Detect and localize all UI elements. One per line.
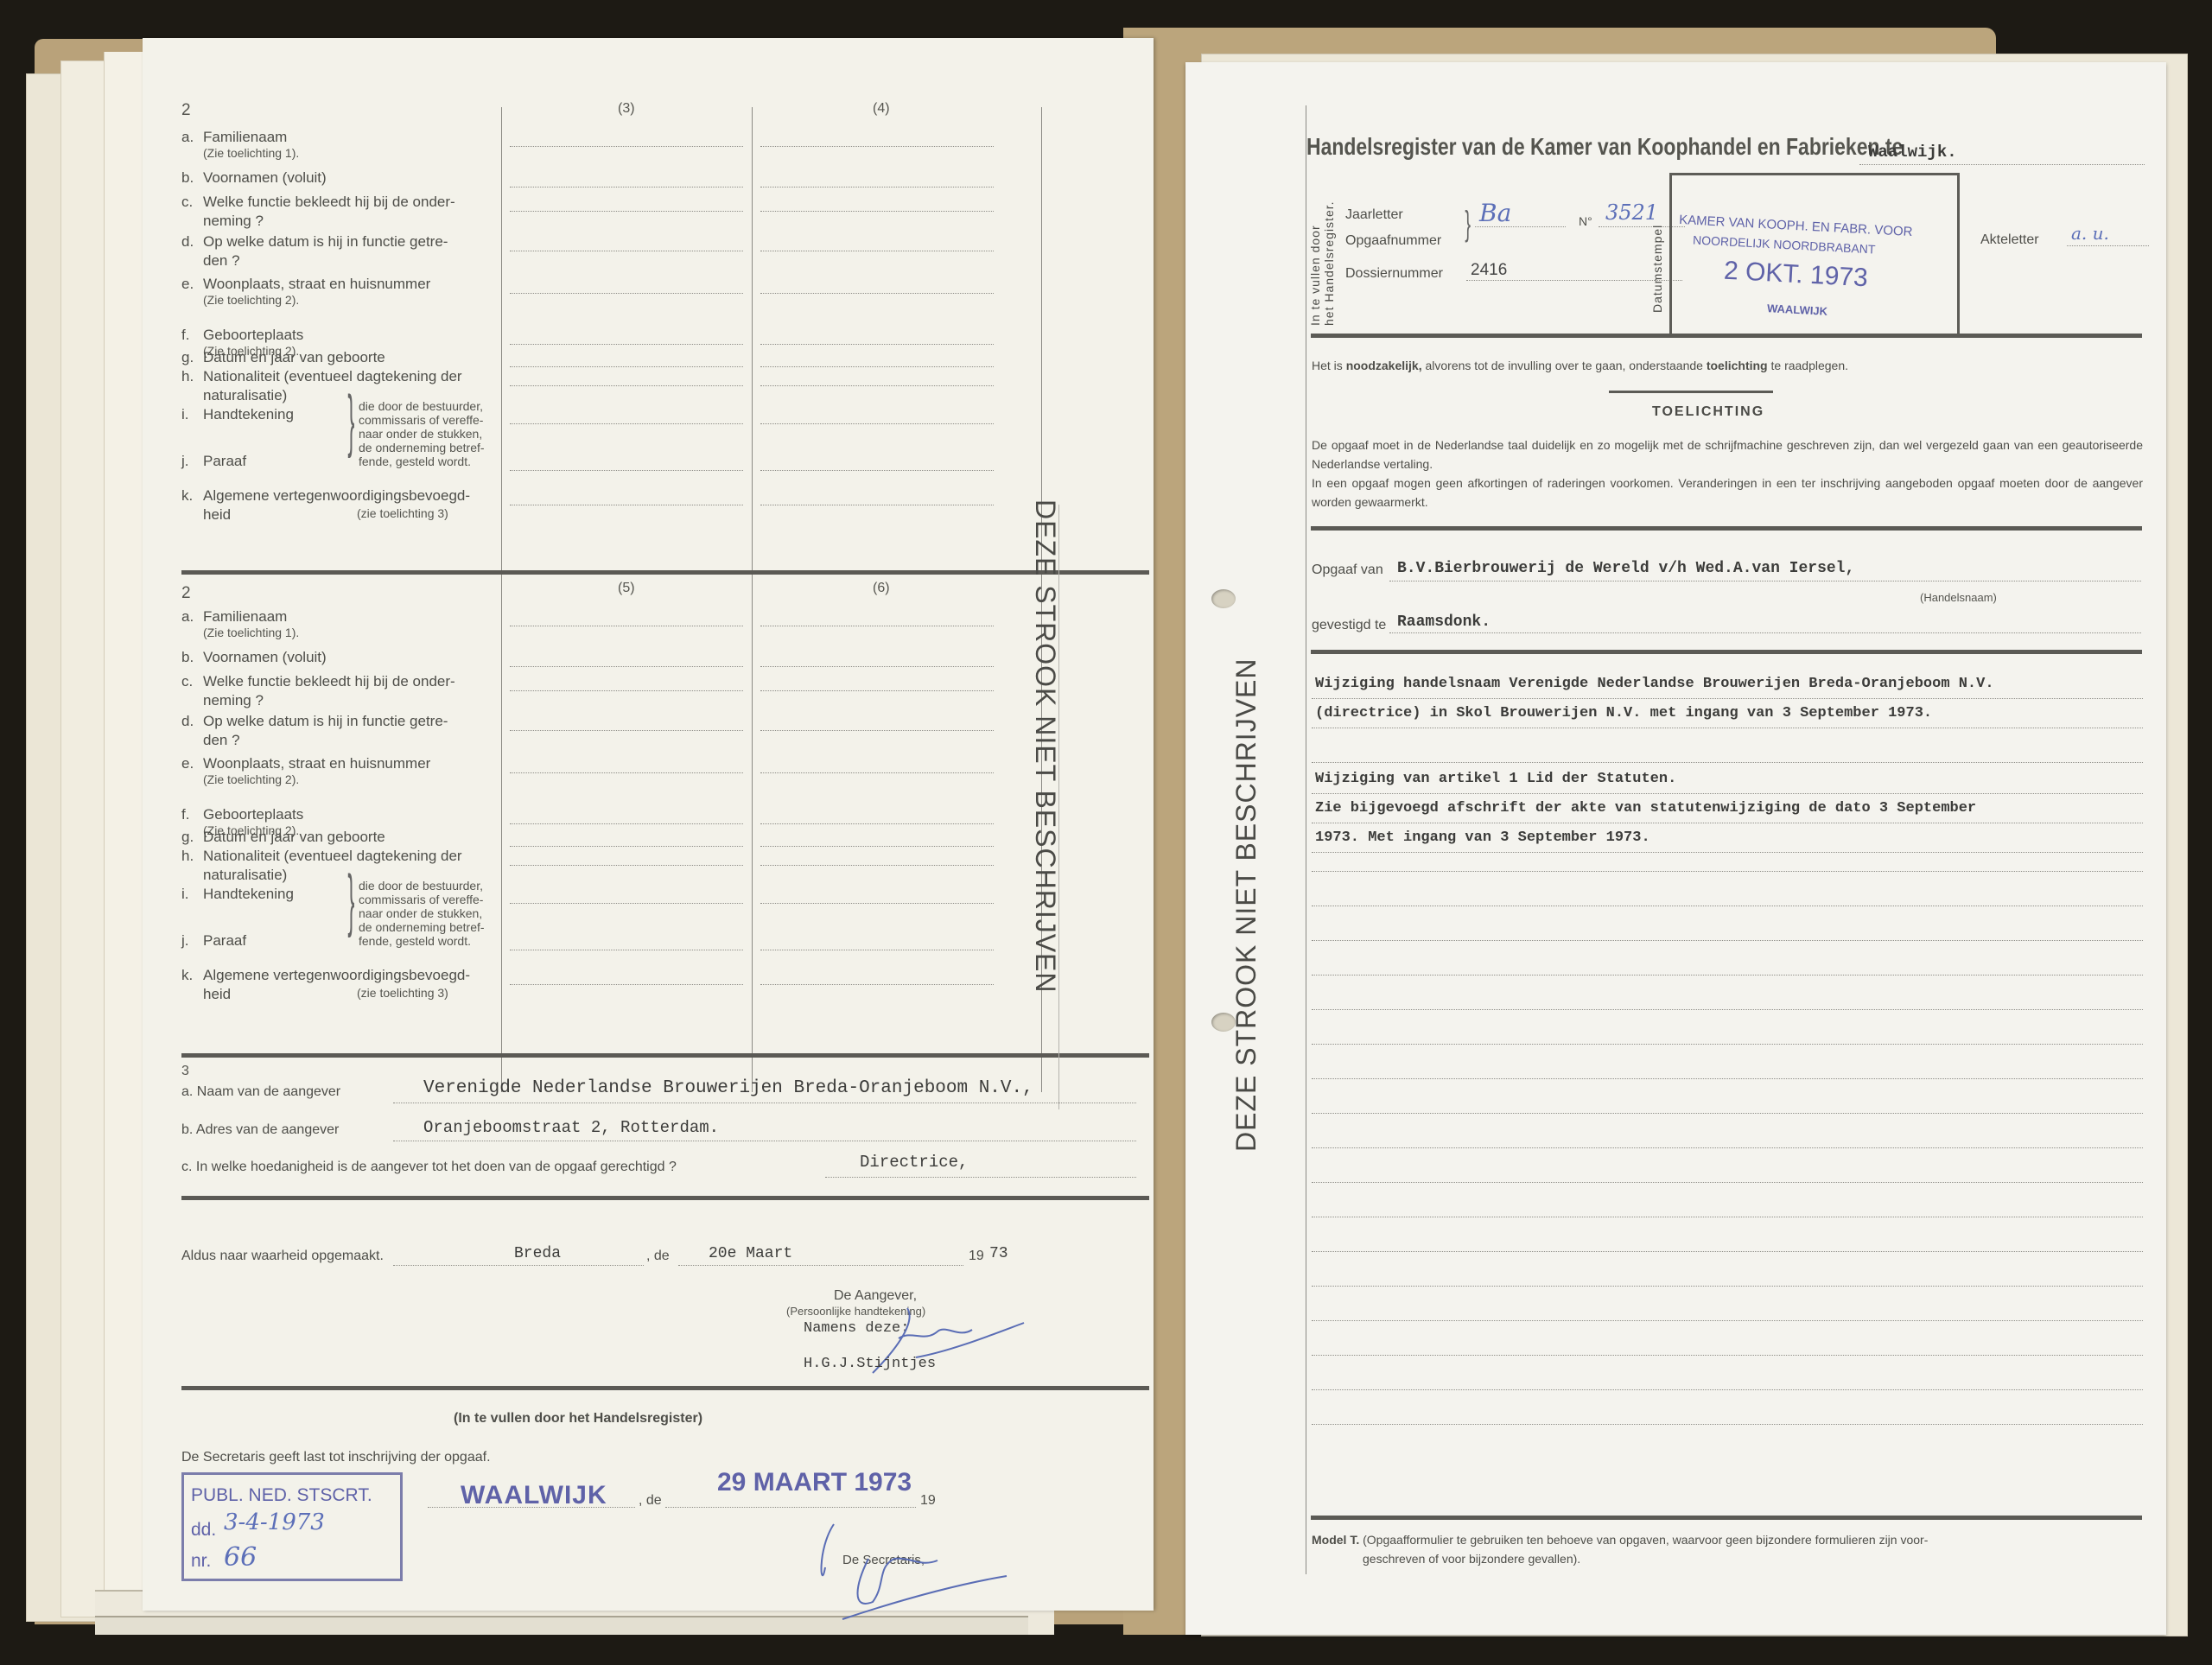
field-label: Algemene vertegenwoordigingsbevoegd- — [203, 487, 470, 505]
nr-label: nr. — [191, 1551, 211, 1572]
field-label: Datum en jaar van geboorte — [203, 829, 385, 846]
answer-line[interactable] — [760, 423, 994, 424]
field-label: Woonplaats, straat en huisnummer — [203, 755, 430, 772]
answer-line[interactable] — [760, 690, 994, 691]
writing-line — [1312, 728, 2143, 728]
field-letter: j. — [181, 932, 189, 950]
aangever-address-label: b. Adres van de aangever — [181, 1122, 339, 1139]
opgaaf-number: 3521 — [1605, 200, 1658, 225]
stamp-line: NOORDELIJK NOORDBRABANT — [1693, 232, 1876, 256]
field-label: Voornamen (voluit) — [203, 169, 327, 187]
answer-line[interactable] — [510, 626, 743, 626]
akteletter-label: Akteletter — [1980, 232, 2039, 249]
signature-note: naar onder de stukken, — [359, 427, 482, 441]
answer-line[interactable] — [510, 846, 743, 847]
waalwijk-stamp: WAALWIJK — [461, 1481, 607, 1510]
de-label: , de — [639, 1492, 662, 1509]
statement-line: (directrice) in Skol Brouwerijen N.V. me… — [1315, 705, 1932, 721]
answer-line[interactable] — [760, 366, 994, 367]
field-letter: b. — [181, 169, 194, 187]
field-label: Geboorteplaats — [203, 806, 303, 823]
answer-line[interactable] — [510, 505, 743, 505]
writing-line — [1312, 1147, 2143, 1148]
dotted-line — [678, 1265, 963, 1266]
answer-line[interactable] — [760, 823, 994, 824]
field-label-continued: den ? — [203, 252, 240, 270]
statement-line: Wijziging handelsnaam Verenigde Nederlan… — [1315, 676, 1994, 692]
field-note: (Zie toelichting 2). — [203, 293, 299, 307]
notice-part: toelichting — [1707, 359, 1768, 372]
section-number: 3 — [181, 1064, 189, 1079]
field-note: (zie toelichting 3) — [357, 986, 448, 1000]
field-label: Woonplaats, straat en huisnummer — [203, 276, 430, 293]
answer-line[interactable] — [510, 984, 743, 985]
answer-line[interactable] — [510, 772, 743, 773]
answer-line[interactable] — [510, 730, 743, 731]
notice-part: Het is — [1312, 359, 1346, 372]
model-label: Model T. — [1312, 1533, 1359, 1547]
signature-note: de onderneming betref- — [359, 920, 485, 934]
dossier-label: Dossiernummer — [1345, 265, 1443, 283]
jaarletter-label: Jaarletter — [1345, 207, 1403, 224]
signature-note: de onderneming betref- — [359, 441, 485, 454]
signature-note: commissaris of vereffe- — [359, 413, 483, 427]
field-letter: h. — [181, 368, 194, 385]
writing-line — [1312, 793, 2143, 794]
field-label-continued: heid — [203, 986, 231, 1003]
writing-line — [1312, 871, 2143, 872]
aangever-label: De Aangever, — [834, 1287, 917, 1305]
registration-date-stamp: 29 MAART 1973 — [717, 1468, 912, 1497]
answer-line[interactable] — [760, 772, 994, 773]
notice-part: te raadplegen. — [1768, 359, 1848, 372]
answer-line[interactable] — [760, 846, 994, 847]
divider — [1311, 526, 2142, 531]
field-letter: c. — [181, 194, 193, 211]
divider — [181, 570, 1149, 575]
field-letter: i. — [181, 406, 189, 423]
answer-line[interactable] — [760, 865, 994, 866]
answer-line[interactable] — [760, 293, 994, 294]
year-prefix: 19 — [969, 1248, 984, 1265]
field-letter: g. — [181, 349, 194, 366]
answer-line[interactable] — [760, 211, 994, 212]
field-label: Handtekening — [203, 406, 294, 423]
field-label: Nationaliteit (eventueel dagtekening der — [203, 368, 462, 385]
toelichting-title: TOELICHTING — [1652, 404, 1764, 420]
writing-line — [1312, 1251, 2143, 1252]
aangever-address-value: Oranjeboomstraat 2, Rotterdam. — [423, 1118, 719, 1137]
dotted-line — [393, 1265, 644, 1266]
field-note: (zie toelichting 3) — [357, 506, 448, 520]
field-letter: e. — [181, 276, 194, 293]
dossier-value: 2416 — [1471, 261, 1507, 280]
answer-line[interactable] — [510, 470, 743, 471]
answer-line[interactable] — [760, 626, 994, 626]
stamp-date: 2 OKT. 1973 — [1723, 257, 1868, 294]
field-label-continued: neming ? — [203, 692, 264, 709]
field-letter: i. — [181, 886, 189, 903]
place-value: Breda — [514, 1245, 561, 1262]
divider — [1311, 1516, 2142, 1520]
publication-date: 3-4-1973 — [224, 1509, 325, 1535]
dotted-line — [665, 1507, 916, 1508]
field-label-continued: den ? — [203, 732, 240, 749]
location-value: Raamsdonk. — [1397, 613, 1491, 631]
answer-line[interactable] — [760, 666, 994, 667]
writing-line — [1312, 1320, 2143, 1321]
dotted-line — [1389, 581, 2141, 581]
field-letter: k. — [181, 967, 193, 984]
field-label-continued: naturalisatie) — [203, 867, 287, 884]
brace: } — [1465, 205, 1471, 244]
column-header: (5) — [618, 581, 635, 596]
footer-text: Model T. (Opgaafformulier te gebruiken t… — [1312, 1531, 1928, 1548]
margin-line — [1306, 105, 1306, 1574]
section-number: 2 — [181, 101, 191, 120]
toelichting-paragraph: De opgaaf moet in de Nederlandse taal du… — [1312, 435, 2143, 473]
field-letter: h. — [181, 848, 194, 865]
form-title: Handelsregister van de Kamer van Koophan… — [1306, 133, 1903, 161]
dotted-line — [393, 1103, 1136, 1103]
field-label: Paraaf — [203, 932, 246, 950]
statement-line: Zie bijgevoegd afschrift der akte van st… — [1315, 800, 1976, 817]
year-prefix: 19 — [920, 1492, 936, 1509]
answer-line[interactable] — [510, 293, 743, 294]
toelichting-paragraph: In een opgaaf mogen geen afkortingen of … — [1312, 473, 2143, 512]
divider — [1311, 650, 2142, 654]
stamp-place: WAALWIJK — [1767, 302, 1828, 318]
answer-line[interactable] — [760, 146, 994, 147]
answer-line[interactable] — [510, 666, 743, 667]
field-label-continued: naturalisatie) — [203, 387, 287, 404]
opgaafnummer-label: Opgaafnummer — [1345, 232, 1441, 250]
answer-line[interactable] — [510, 385, 743, 386]
notice-part: noodzakelijk, — [1346, 359, 1422, 372]
answer-line[interactable] — [510, 423, 743, 424]
signature-note: fende, gesteld wordt. — [359, 454, 471, 468]
writing-line — [1312, 975, 2143, 975]
field-letter: j. — [181, 453, 189, 470]
left-form-page: 2 (3) (4) 2 (5) (6) 3 a. Naam van de aan… — [143, 38, 1154, 1611]
field-note: (Zie toelichting 2). — [203, 772, 299, 786]
field-label: Welke functie bekleedt hij bij de onder- — [203, 673, 455, 690]
registry-side-label: In te vullen door het Handelsregister. — [1308, 200, 1336, 326]
capacity-value: Directrice, — [860, 1153, 968, 1172]
divider — [181, 1386, 1149, 1390]
dotted-line — [825, 1177, 1136, 1178]
column-divider — [501, 107, 502, 1092]
field-label: Geboorteplaats — [203, 327, 303, 344]
field-label: Nationaliteit (eventueel dagtekening der — [203, 848, 462, 865]
de-label: , de — [646, 1248, 670, 1265]
answer-line[interactable] — [760, 251, 994, 251]
column-header: (4) — [873, 101, 890, 117]
field-letter: k. — [181, 487, 193, 505]
statement-line: 1973. Met ingang van 3 September 1973. — [1315, 829, 1650, 846]
notice-text: Het is noodzakelijk, alvorens tot de inv… — [1312, 357, 1848, 374]
field-letter: a. — [181, 608, 194, 626]
answer-line[interactable] — [510, 251, 743, 251]
writing-line — [1312, 1217, 2143, 1217]
field-label: Algemene vertegenwoordigingsbevoegd- — [203, 967, 470, 984]
answer-line[interactable] — [760, 187, 994, 187]
field-letter: b. — [181, 649, 194, 666]
field-letter: e. — [181, 755, 194, 772]
field-letter: f. — [181, 806, 189, 823]
year-value: 73 — [989, 1245, 1008, 1262]
field-letter: d. — [181, 713, 194, 730]
answer-line[interactable] — [510, 690, 743, 691]
dotted-line — [393, 1141, 1136, 1141]
writing-line — [1312, 762, 2143, 763]
akteletter-value: a. u. — [2071, 223, 2109, 244]
writing-line — [1312, 1389, 2143, 1390]
aldus-label: Aldus naar waarheid opgemaakt. — [181, 1248, 384, 1265]
statement-line: Wijziging van artikel 1 Lid der Statuten… — [1315, 771, 1676, 787]
field-letter: f. — [181, 327, 189, 344]
writing-line — [1312, 906, 2143, 906]
aangever-name-value: Verenigde Nederlandse Brouwerijen Breda-… — [423, 1078, 1033, 1098]
answer-line[interactable] — [510, 344, 743, 345]
dotted-line — [1859, 164, 2145, 165]
trade-name-label: (Handelsnaam) — [1920, 591, 1997, 604]
field-label-continued: neming ? — [203, 213, 264, 230]
right-form-page: Handelsregister van de Kamer van Koophan… — [1185, 62, 2166, 1635]
punch-hole — [1211, 589, 1236, 608]
writing-line — [1312, 1044, 2143, 1045]
opgaaf-van-label: Opgaaf van — [1312, 562, 1383, 579]
writing-line — [1312, 852, 2143, 853]
answer-line[interactable] — [760, 730, 994, 731]
writing-line — [1312, 1355, 2143, 1356]
field-label: Familienaam — [203, 608, 287, 626]
signature-note: die door de bestuurder, — [359, 399, 483, 413]
field-letter: d. — [181, 233, 194, 251]
do-not-write-strip: DEZE STROOK NIET BESCHRIJVEN — [1029, 499, 1061, 994]
publication-stamp-title: PUBL. NED. STSCRT. — [191, 1485, 372, 1506]
answer-line[interactable] — [760, 903, 994, 904]
date-value: 20e Maart — [709, 1245, 792, 1262]
brace: { — [347, 392, 354, 470]
column-divider — [752, 107, 753, 1092]
footer-line: (Opgaafformulier te gebruiken ten behoev… — [1363, 1533, 1928, 1547]
writing-line — [1312, 1078, 2143, 1079]
answer-line[interactable] — [760, 984, 994, 985]
date-stamp-label: Datumstempel — [1650, 225, 1664, 313]
answer-line[interactable] — [760, 950, 994, 950]
dotted-line — [1389, 632, 2141, 633]
signature-note: fende, gesteld wordt. — [359, 934, 471, 948]
field-label: Voornamen (voluit) — [203, 649, 327, 666]
publication-number: 66 — [224, 1542, 257, 1573]
section-number: 2 — [181, 584, 191, 603]
writing-line — [1312, 1009, 2143, 1010]
side-label-line: In te vullen door — [1308, 200, 1322, 326]
trade-name-value: B.V.Bierbrouwerij de Wereld v/h Wed.A.va… — [1397, 560, 1854, 577]
answer-line[interactable] — [760, 505, 994, 505]
footer-line: geschreven of voor bijzondere gevallen). — [1363, 1550, 1580, 1567]
writing-line — [1312, 698, 2143, 699]
signature-note: naar onder de stukken, — [359, 906, 482, 920]
field-label: Op welke datum is hij in functie getre- — [203, 713, 448, 730]
gevestigd-label: gevestigd te — [1312, 617, 1386, 634]
aangever-name-label: a. Naam van de aangever — [181, 1084, 340, 1101]
field-label: Handtekening — [203, 886, 294, 903]
answer-line[interactable] — [510, 903, 743, 904]
divider — [1609, 391, 1773, 393]
brace: { — [347, 872, 354, 950]
field-note: (Zie toelichting 1). — [203, 626, 299, 639]
field-note: (Zie toelichting 1). — [203, 146, 299, 160]
answer-line[interactable] — [510, 823, 743, 824]
divider — [1311, 334, 2142, 338]
writing-line — [1312, 1182, 2143, 1183]
signer-name: H.G.J.Stijntjes — [804, 1356, 936, 1372]
answer-line[interactable] — [760, 344, 994, 345]
writing-line — [1312, 940, 2143, 941]
column-header: (3) — [618, 101, 635, 117]
answer-line[interactable] — [510, 950, 743, 950]
answer-line[interactable] — [510, 187, 743, 187]
answer-line[interactable] — [760, 470, 994, 471]
publication-stamp: PUBL. NED. STSCRT. dd. 3-4-1973 nr. 66 — [181, 1472, 403, 1581]
do-not-write-strip: DEZE STROOK NIET BESCHRIJVEN — [1230, 658, 1262, 1153]
title-place: Waalwijk. — [1868, 143, 1957, 162]
jaarletter-value: Ba — [1479, 199, 1511, 227]
dotted-line — [2067, 245, 2149, 246]
field-label: Welke functie bekleedt hij bij de onder- — [203, 194, 455, 211]
field-label-continued: heid — [203, 506, 231, 524]
field-label: Familienaam — [203, 129, 287, 146]
writing-line — [1312, 823, 2143, 823]
secretary-instruction: De Secretaris geeft last tot inschrijvin… — [181, 1449, 491, 1466]
field-letter: g. — [181, 829, 194, 846]
field-label: Paraaf — [203, 453, 246, 470]
writing-line — [1312, 1424, 2143, 1425]
field-letter: a. — [181, 129, 194, 146]
number-label: N° — [1579, 213, 1592, 230]
registry-header: (In te vullen door het Handelsregister) — [454, 1410, 702, 1427]
side-label-line: het Handelsregister. — [1322, 200, 1336, 326]
answer-line[interactable] — [510, 211, 743, 212]
writing-line — [1312, 1113, 2143, 1114]
signature-note: commissaris of vereffe- — [359, 893, 483, 906]
answer-line[interactable] — [760, 385, 994, 386]
answer-line[interactable] — [510, 366, 743, 367]
secretary-signature — [808, 1516, 1024, 1628]
dd-label: dd. — [191, 1520, 216, 1541]
notice-part: alvorens tot de invulling over te gaan, … — [1422, 359, 1707, 372]
field-label: Op welke datum is hij in functie getre- — [203, 233, 448, 251]
answer-line[interactable] — [510, 146, 743, 147]
field-letter: c. — [181, 673, 193, 690]
writing-line — [1312, 1286, 2143, 1287]
divider — [181, 1053, 1149, 1058]
capacity-label: c. In welke hoedanigheid is de aangever … — [181, 1159, 677, 1176]
divider — [181, 1196, 1149, 1200]
field-label: Datum en jaar van geboorte — [203, 349, 385, 366]
signature-note: die door de bestuurder, — [359, 879, 483, 893]
answer-line[interactable] — [510, 865, 743, 866]
column-header: (6) — [873, 581, 890, 596]
date-stamp-box: KAMER VAN KOOPH. EN FABR. VOOR NOORDELIJ… — [1669, 173, 1960, 338]
